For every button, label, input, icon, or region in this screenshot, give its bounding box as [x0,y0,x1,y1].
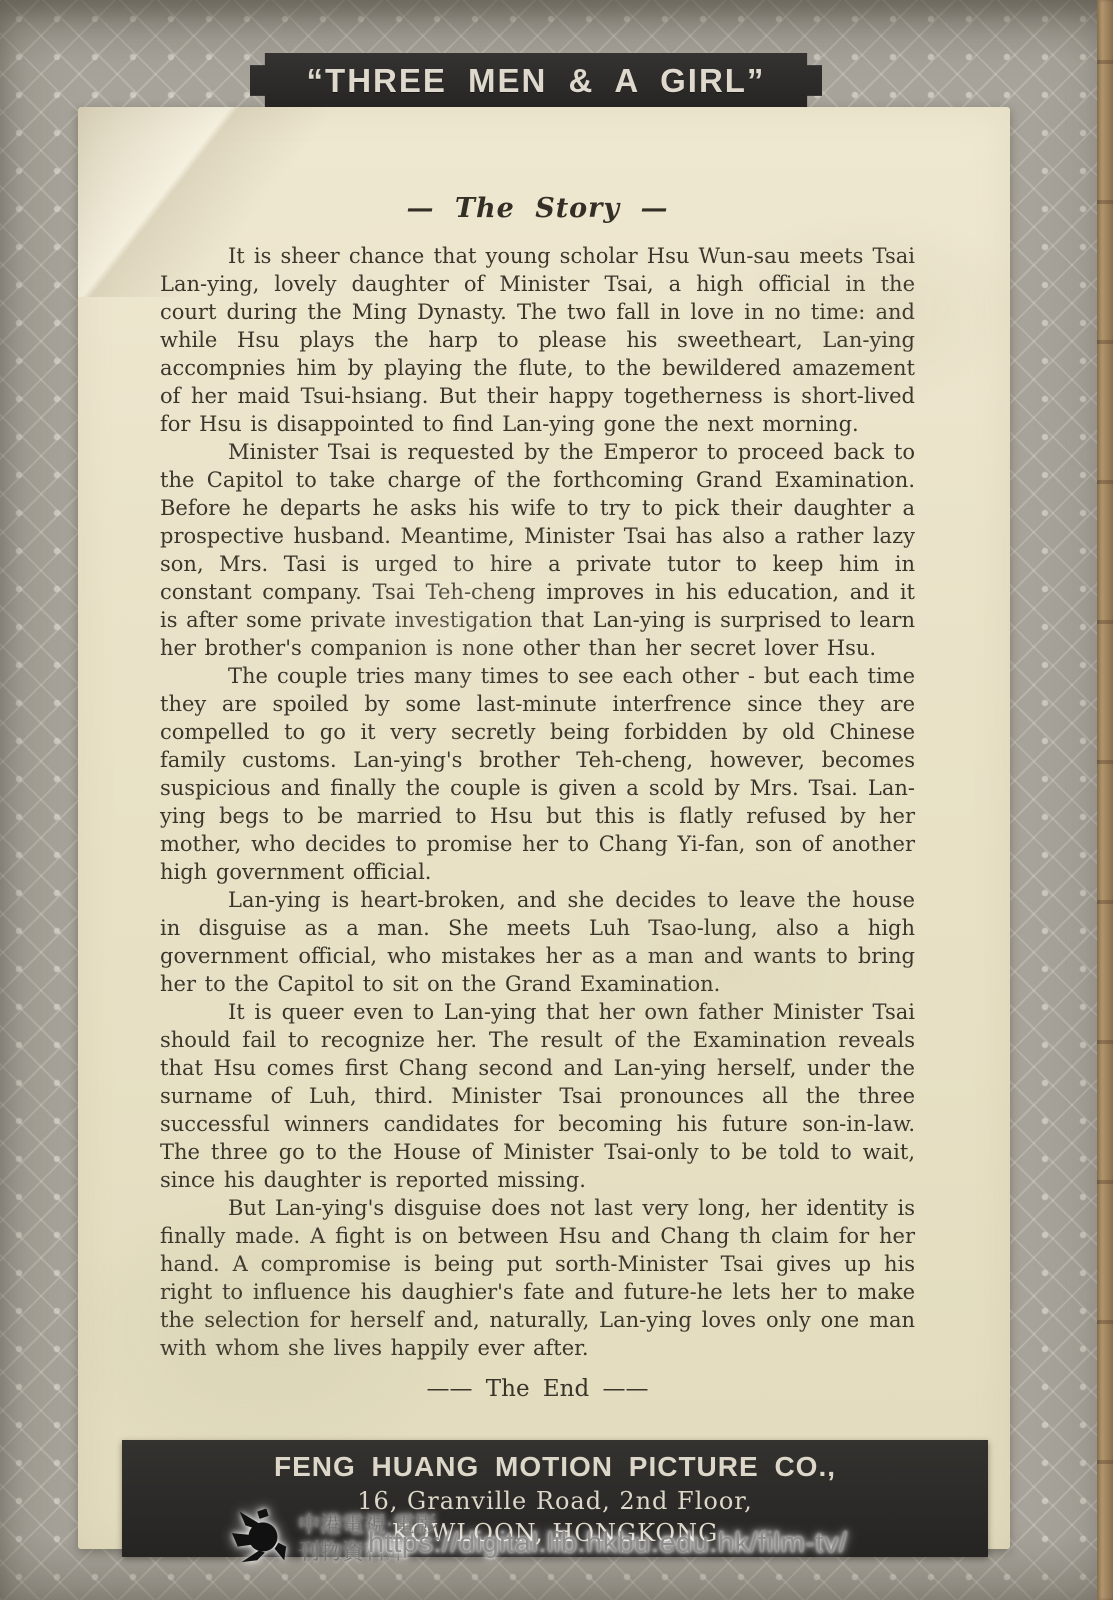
worn-book-edge [1097,0,1113,1600]
story-heading: — The Story — [160,193,915,224]
studio-address-street: 16, Granville Road, 2nd Floor, [122,1487,988,1515]
film-title: “THREE MEN & A GIRL” [307,62,766,100]
story-paper: — The Story — It is sheer chance that yo… [78,107,1010,1549]
studio-address-city: KOWLOON, HONGKONG [122,1519,988,1547]
story-text-block: — The Story — It is sheer chance that yo… [78,107,1010,1402]
story-paragraph: It is sheer chance that young scholar Hs… [160,242,915,438]
story-paragraph: But Lan-ying's disguise does not last ve… [160,1194,915,1362]
story-paragraph: Minister Tsai is requested by the Empero… [160,438,915,662]
story-paragraph: Lan-ying is heart-broken, and she decide… [160,886,915,998]
story-paragraph: It is queer even to Lan-ying that her ow… [160,998,915,1194]
title-plaque: “THREE MEN & A GIRL” [250,53,822,108]
studio-name: FENG HUANG MOTION PICTURE CO., [122,1451,988,1483]
story-paragraph: The couple tries many times to see each … [160,662,915,886]
studio-address-plaque: FENG HUANG MOTION PICTURE CO., 16, Granv… [122,1440,988,1557]
end-mark: —— The End —— [160,1376,915,1402]
